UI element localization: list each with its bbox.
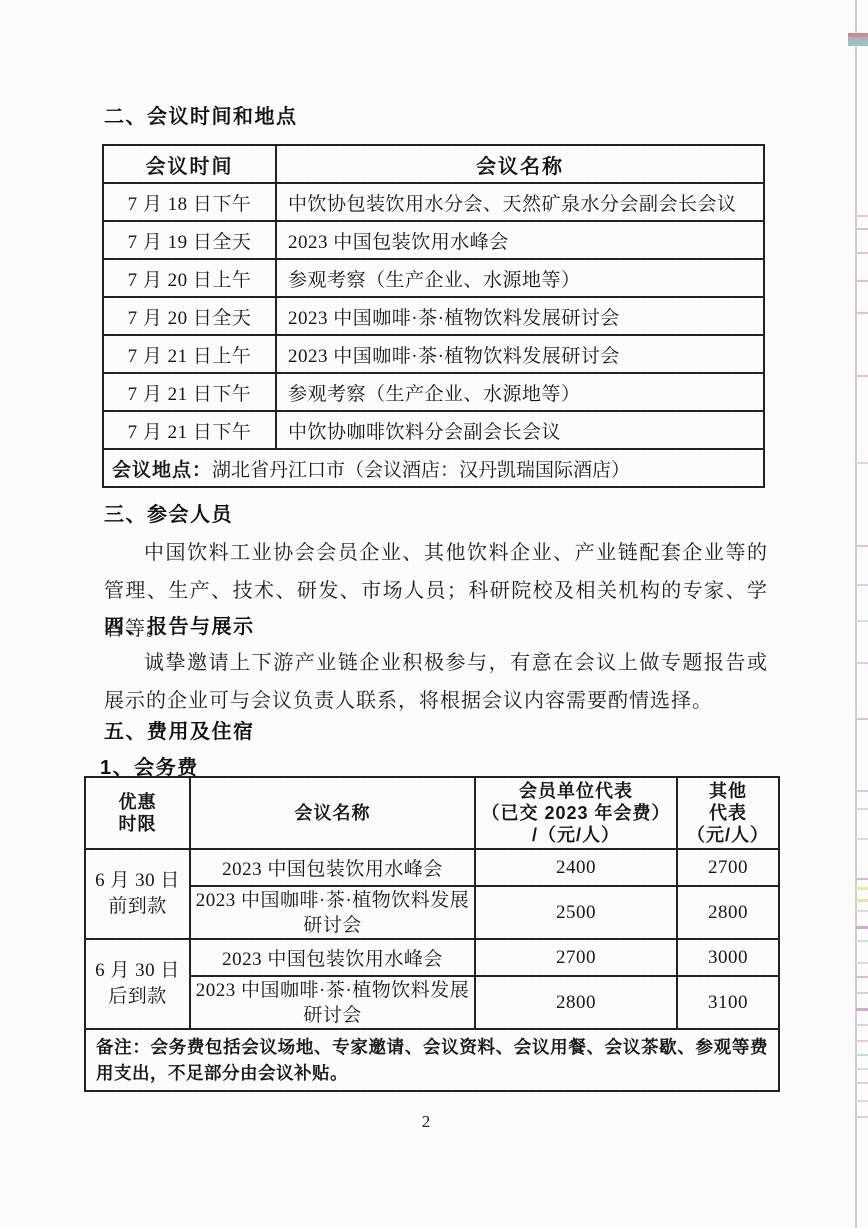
fee-member-price: 2400: [475, 849, 677, 886]
scan-tick-mark: [856, 992, 868, 994]
schedule-time: 7 月 21 日下午: [103, 373, 276, 411]
schedule-time: 7 月 18 日下午: [103, 183, 276, 221]
scan-tick-mark: [856, 926, 868, 929]
section3-heading: 三、参会人员: [104, 498, 233, 527]
schedule-name: 2023 中国咖啡·茶·植物饮料发展研讨会: [276, 335, 764, 373]
fee-other-header-line1: 其他: [678, 780, 778, 802]
fee-note-label: 备注：: [96, 1037, 151, 1057]
scan-tick-mark: [856, 1068, 868, 1070]
scan-tick-mark: [856, 962, 868, 964]
scan-tick-mark: [856, 215, 868, 217]
table-row: 7 月 18 日下午 中饮协包装饮用水分会、天然矿泉水分会副会长会议: [103, 183, 764, 221]
schedule-col-time-header: 会议时间: [103, 145, 276, 183]
fee-note-row: 备注：会务费包括会议场地、专家邀请、会议资料、会议用餐、会议茶歇、参观等费用支出…: [85, 1029, 779, 1091]
location-value: 湖北省丹江口市（会议酒店：汉丹凯瑞国际酒店）: [212, 460, 630, 481]
scan-tick-mark: [856, 1116, 868, 1118]
schedule-header-row: 会议时间 会议名称: [103, 145, 764, 183]
fee-conference-name: 2023 中国包装饮用水峰会: [190, 939, 475, 976]
scan-tick-mark: [856, 808, 868, 810]
fee-period-line2: 后到款: [108, 986, 167, 1007]
scanned-document-page: 二、会议时间和地点 会议时间 会议名称 7 月 18 日下午 中饮协包装饮用水分…: [0, 0, 868, 1228]
scan-tick-mark: [856, 462, 868, 464]
fee-period-cell: 6 月 30 日 前到款: [85, 849, 190, 939]
fee-period-header-line2: 时限: [86, 813, 189, 835]
fee-other-header-line2: 代表: [678, 802, 778, 824]
fee-other-price: 3000: [677, 939, 779, 976]
schedule-time: 7 月 21 日下午: [103, 411, 276, 449]
section4-paragraph: 诚挚邀请上下游产业链企业积极参与，有意在会议上做专题报告或展示的企业可与会议负责…: [104, 644, 768, 720]
schedule-name: 参观考察（生产企业、水源地等）: [276, 259, 764, 297]
fee-member-price: 2800: [475, 976, 677, 1029]
scan-tick-mark: [856, 312, 868, 314]
scan-tick-mark: [856, 899, 868, 902]
scan-tick-mark: [856, 252, 868, 254]
schedule-name: 中饮协包装饮用水分会、天然矿泉水分会副会长会议: [276, 183, 764, 221]
table-row: 2023 中国咖啡·茶·植物饮料发展研讨会 2800 3100: [85, 976, 779, 1029]
schedule-time: 7 月 21 日上午: [103, 335, 276, 373]
fee-conference-name: 2023 中国包装饮用水峰会: [190, 849, 475, 886]
table-row: 7 月 20 日上午 参观考察（生产企业、水源地等）: [103, 259, 764, 297]
scan-tick-mark: [856, 545, 868, 547]
scan-tick-mark: [856, 1054, 868, 1056]
scan-tick-mark: [856, 838, 868, 840]
fee-member-price: 2500: [475, 886, 677, 939]
fee-period-line1: 6 月 30 日: [95, 960, 180, 981]
section5-heading: 五、费用及住宿: [104, 715, 255, 744]
table-row: 6 月 30 日 后到款 2023 中国包装饮用水峰会 2700 3000: [85, 939, 779, 976]
fee-other-header-line3: （元/人）: [678, 824, 778, 846]
scan-tick-mark: [856, 1082, 868, 1084]
fee-conference-name: 2023 中国咖啡·茶·植物饮料发展研讨会: [190, 886, 475, 939]
scan-tick-mark: [856, 662, 868, 664]
scan-tick-mark: [856, 1008, 868, 1011]
fee-conference-name: 2023 中国咖啡·茶·植物饮料发展研讨会: [190, 976, 475, 1029]
schedule-name: 中饮协咖啡饮料分会副会长会议: [276, 411, 764, 449]
schedule-location-cell: 会议地点：湖北省丹江口市（会议酒店：汉丹凯瑞国际酒店）: [103, 449, 764, 487]
fee-member-price: 2700: [475, 939, 677, 976]
table-row: 2023 中国咖啡·茶·植物饮料发展研讨会 2500 2800: [85, 886, 779, 939]
scan-tick-mark: [856, 620, 868, 622]
schedule-table: 会议时间 会议名称 7 月 18 日下午 中饮协包装饮用水分会、天然矿泉水分会副…: [102, 144, 765, 488]
schedule-location-row: 会议地点：湖北省丹江口市（会议酒店：汉丹凯瑞国际酒店）: [103, 449, 764, 487]
schedule-time: 7 月 19 日全天: [103, 221, 276, 259]
scan-tick-mark: [856, 1100, 868, 1102]
scan-tick-mark: [856, 887, 868, 890]
fee-member-header-line3: /（元/人）: [476, 824, 676, 846]
fee-other-price: 2700: [677, 849, 779, 886]
schedule-time: 7 月 20 日全天: [103, 297, 276, 335]
schedule-name: 参观考察（生产企业、水源地等）: [276, 373, 764, 411]
schedule-name: 2023 中国包装饮用水峰会: [276, 221, 764, 259]
scan-tick-mark: [856, 375, 868, 377]
fee-period-cell: 6 月 30 日 后到款: [85, 939, 190, 1029]
table-row: 6 月 30 日 前到款 2023 中国包装饮用水峰会 2400 2700: [85, 849, 779, 886]
table-row: 7 月 21 日下午 参观考察（生产企业、水源地等）: [103, 373, 764, 411]
fee-period-line2: 前到款: [108, 896, 167, 917]
page-number: 2: [0, 1112, 852, 1132]
section4-heading: 四、报告与展示: [104, 610, 255, 639]
scan-tick-mark: [856, 228, 868, 230]
fee-member-header-line1: 会员单位代表: [476, 780, 676, 802]
scan-tick-mark: [856, 1040, 868, 1042]
fee-member-header-line2: （已交 2023 年会费）: [476, 802, 676, 824]
fee-col-member-header: 会员单位代表 （已交 2023 年会费） /（元/人）: [475, 777, 677, 849]
scan-tick-mark: [856, 1024, 868, 1026]
scan-tick-mark: [856, 790, 868, 792]
scan-edge-line: [855, 0, 857, 1228]
schedule-col-name-header: 会议名称: [276, 145, 764, 183]
scan-tick-mark: [856, 910, 868, 912]
fee-col-other-header: 其他 代表 （元/人）: [677, 777, 779, 849]
table-row: 7 月 20 日全天 2023 中国咖啡·茶·植物饮料发展研讨会: [103, 297, 764, 335]
schedule-time: 7 月 20 日上午: [103, 259, 276, 297]
scan-tick-mark: [856, 940, 868, 942]
scan-tick-mark: [856, 976, 868, 978]
schedule-name: 2023 中国咖啡·茶·植物饮料发展研讨会: [276, 297, 764, 335]
fee-note-cell: 备注：会务费包括会议场地、专家邀请、会议资料、会议用餐、会议茶歇、参观等费用支出…: [85, 1029, 779, 1091]
fee-period-line1: 6 月 30 日: [95, 870, 180, 891]
scan-tick-mark: [856, 718, 868, 720]
fee-other-price: 2800: [677, 886, 779, 939]
scan-tick-mark: [856, 878, 868, 880]
table-row: 7 月 21 日下午 中饮协咖啡饮料分会副会长会议: [103, 411, 764, 449]
scan-tick-mark: [856, 584, 868, 586]
scan-tick-mark: [848, 41, 868, 46]
scan-tick-mark: [856, 280, 868, 282]
fee-period-header-line1: 优惠: [86, 791, 189, 813]
location-label: 会议地点：: [112, 460, 212, 481]
fee-header-row: 优惠 时限 会议名称 会员单位代表 （已交 2023 年会费） /（元/人） 其…: [85, 777, 779, 849]
fee-col-name-header: 会议名称: [190, 777, 475, 849]
fee-col-period-header: 优惠 时限: [85, 777, 190, 849]
fee-table: 优惠 时限 会议名称 会员单位代表 （已交 2023 年会费） /（元/人） 其…: [84, 776, 780, 1092]
table-row: 7 月 21 日上午 2023 中国咖啡·茶·植物饮料发展研讨会: [103, 335, 764, 373]
section2-heading: 二、会议时间和地点: [104, 100, 298, 129]
fee-note-text: 会务费包括会议场地、专家邀请、会议资料、会议用餐、会议茶歇、参观等费用支出，不足…: [96, 1037, 768, 1083]
fee-other-price: 3100: [677, 976, 779, 1029]
table-row: 7 月 19 日全天 2023 中国包装饮用水峰会: [103, 221, 764, 259]
